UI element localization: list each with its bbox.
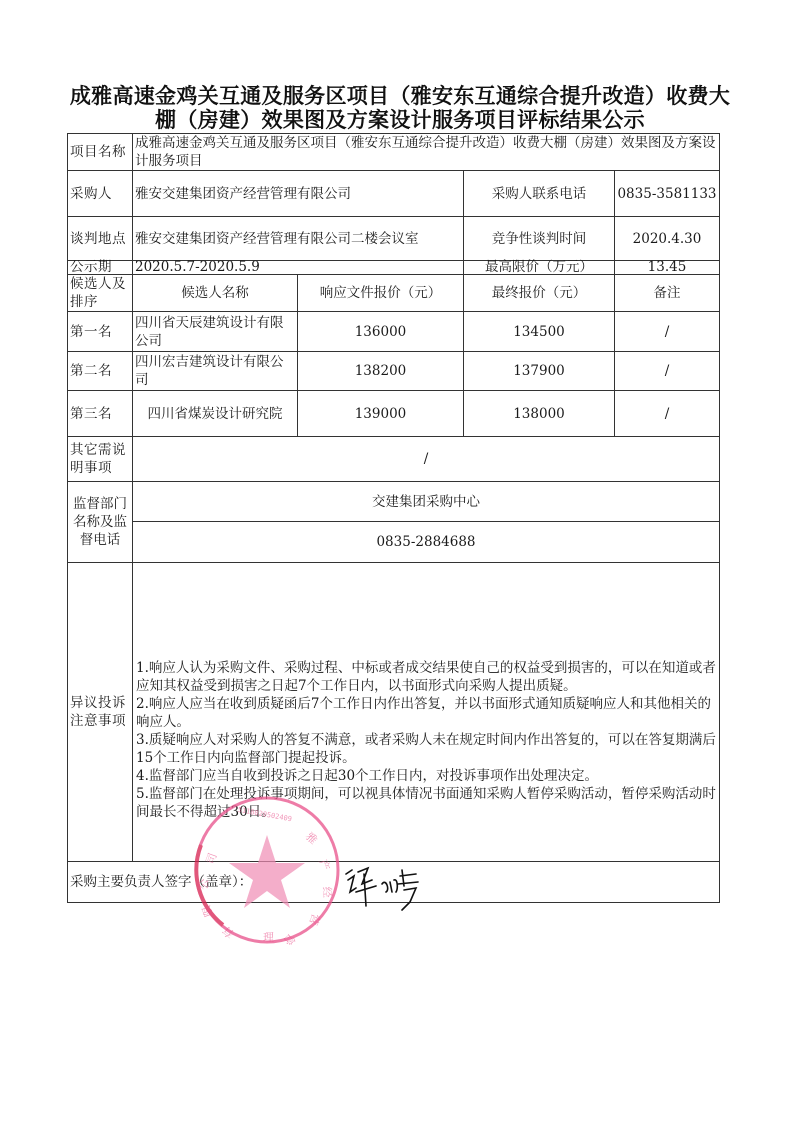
complaint-item-1: 1.响应人认为采购文件、采购过程、中标或者成交结果使自己的权益受到损害的，可以在…: [136, 659, 716, 695]
signature-label: 采购主要负责人签字（盖章）：: [68, 862, 720, 903]
table-row: 第二名 四川宏吉建筑设计有限公司 138200 137900 /: [68, 352, 720, 391]
negotiation-location-label: 谈判地点: [68, 217, 133, 261]
negotiation-time-label: 竞争性谈判时间: [464, 217, 615, 261]
title-line-2: 棚（房建）效果图及方案设计服务项目评标结果公示: [60, 108, 740, 132]
svg-text:理: 理: [263, 931, 274, 944]
row-publicity: 公示期 2020.5.7-2020.5.9 最高限价（万元） 13.45: [68, 261, 720, 275]
supervision-department: 交建集团采购中心: [133, 482, 720, 522]
candidate-final: 137900: [464, 352, 615, 391]
row-purchaser: 采购人 雅安交建集团资产经营管理有限公司 采购人联系电话 0835-358113…: [68, 171, 720, 217]
publicity-period-label: 公示期: [68, 261, 133, 275]
title-line-1: 成雅高速金鸡关互通及服务区项目（雅安东互通综合提升改造）收费大: [60, 84, 740, 108]
negotiation-location-value: 雅安交建集团资产经营管理有限公司二楼会议室: [133, 217, 464, 261]
complaint-item-2: 2.响应人应当在收到质疑函后7个工作日内作出答复，并以书面形式通知质疑响应人和其…: [136, 695, 716, 731]
project-name-value: 成雅高速金鸡关互通及服务区项目（雅安东互通综合提升改造）收费大棚（房建）效果图及…: [133, 134, 720, 171]
complaint-item-5: 5.监督部门在处理投诉事项期间，可以视具体情况书面通知采购人暂停采购活动，暂停采…: [136, 785, 716, 821]
candidate-name: 四川省天辰建筑设计有限公司: [133, 312, 298, 352]
candidate-rank: 第一名: [68, 312, 133, 352]
header-candidate-name: 候选人名称: [133, 275, 298, 312]
complaints-notes: 1.响应人认为采购文件、采购过程、中标或者成交结果使自己的权益受到损害的，可以在…: [133, 563, 720, 862]
supervision-phone: 0835-2884688: [133, 522, 720, 563]
candidate-name: 四川省煤炭设计研究院: [133, 391, 298, 437]
complaints-label: 异议投诉注意事项: [68, 563, 133, 862]
row-signature: 采购主要负责人签字（盖章）：: [68, 862, 720, 903]
svg-text:限: 限: [200, 904, 216, 919]
candidates-label: 候选人及排序: [68, 275, 133, 312]
candidate-bid: 138200: [298, 352, 464, 391]
row-project-name: 项目名称 成雅高速金鸡关互通及服务区项目（雅安东互通综合提升改造）收费大棚（房建…: [68, 134, 720, 171]
result-table: 项目名称 成雅高速金鸡关互通及服务区项目（雅安东互通综合提升改造）收费大棚（房建…: [67, 133, 720, 903]
candidate-final: 134500: [464, 312, 615, 352]
svg-text:管: 管: [281, 931, 298, 945]
candidate-rank: 第三名: [68, 391, 133, 437]
purchaser-phone-label: 采购人联系电话: [464, 171, 615, 217]
header-final-price: 最终报价（元）: [464, 275, 615, 312]
document-title: 成雅高速金鸡关互通及服务区项目（雅安东互通综合提升改造）收费大 棚（房建）效果图…: [60, 84, 740, 132]
supervision-label: 监督部门名称及监督电话: [68, 482, 133, 563]
max-price-label: 最高限价（万元）: [464, 261, 615, 275]
project-name-label: 项目名称: [68, 134, 133, 171]
purchaser-phone-value: 0835-3581133: [615, 171, 720, 217]
max-price-value: 13.45: [615, 261, 720, 275]
candidate-final: 138000: [464, 391, 615, 437]
row-other-notes: 其它需说明事项 /: [68, 437, 720, 482]
row-supervision-department: 监督部门名称及监督电话 交建集团采购中心: [68, 482, 720, 522]
row-supervision-phone: 0835-2884688: [68, 522, 720, 563]
other-notes-label: 其它需说明事项: [68, 437, 133, 482]
negotiation-time-value: 2020.4.30: [615, 217, 720, 261]
candidate-remark: /: [615, 312, 720, 352]
purchaser-label: 采购人: [68, 171, 133, 217]
table-row: 第三名 四川省煤炭设计研究院 139000 138000 /: [68, 391, 720, 437]
row-negotiation: 谈判地点 雅安交建集团资产经营管理有限公司二楼会议室 竞争性谈判时间 2020.…: [68, 217, 720, 261]
candidate-rank: 第二名: [68, 352, 133, 391]
header-remark: 备注: [615, 275, 720, 312]
candidate-name: 四川宏吉建筑设计有限公司: [133, 352, 298, 391]
header-bid-price: 响应文件报价（元）: [298, 275, 464, 312]
purchaser-value: 雅安交建集团资产经营管理有限公司: [133, 171, 464, 217]
svg-text:有: 有: [220, 924, 237, 941]
candidate-bid: 136000: [298, 312, 464, 352]
svg-text:营: 营: [306, 912, 323, 927]
candidate-remark: /: [615, 352, 720, 391]
publicity-period-value: 2020.5.7-2020.5.9: [133, 261, 464, 275]
complaint-item-4: 4.监督部门应当自收到投诉之日起30个工作日内，对投诉事项作出处理决定。: [136, 767, 716, 785]
complaint-item-3: 3.质疑响应人对采购人的答复不满意，或者采购人未在规定时间内作出答复的，可以在答…: [136, 731, 716, 767]
candidate-remark: /: [615, 391, 720, 437]
row-complaints: 异议投诉注意事项 1.响应人认为采购文件、采购过程、中标或者成交结果使自己的权益…: [68, 563, 720, 862]
row-candidates-header: 候选人及排序 候选人名称 响应文件报价（元） 最终报价（元） 备注: [68, 275, 720, 312]
other-notes-value: /: [133, 437, 720, 482]
candidate-bid: 139000: [298, 391, 464, 437]
table-row: 第一名 四川省天辰建筑设计有限公司 136000 134500 /: [68, 312, 720, 352]
